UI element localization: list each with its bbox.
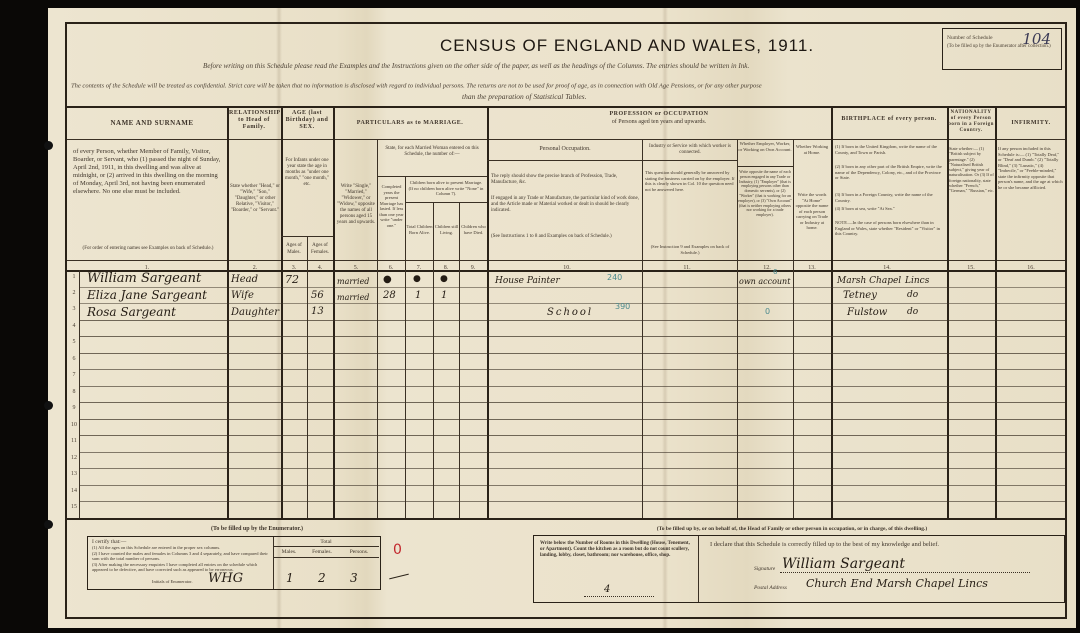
census-form: CENSUS OF ENGLAND AND WALES, 1911. Befor… (65, 22, 1067, 619)
row-rule (79, 402, 1065, 403)
total-males: 1 (286, 571, 294, 585)
colnum: 11. (667, 265, 707, 271)
red-zero-mark: 0 (393, 542, 402, 558)
row-number: 1 (69, 274, 79, 280)
row1-birthplace: Marsh Chapel (837, 276, 901, 286)
row-number: 11 (69, 438, 79, 444)
col-desc-name: of every Person, whether Member of Famil… (73, 148, 223, 196)
declaration-text: I declare that this Schedule is correctl… (710, 542, 939, 549)
col-header-infirmity: INFIRMITY. (997, 120, 1065, 127)
row-rule (79, 435, 1065, 436)
col-header-relationship: RELATIONSHIP to Head of Family. (229, 110, 279, 131)
col-note-personal: (See Instructions 1 to 8 and Examples on… (491, 234, 639, 240)
row-rule (79, 336, 1065, 337)
row3-employer-code: 0 (765, 307, 770, 316)
row1-name: William Sargeant (87, 271, 201, 286)
colnum: 12. (747, 265, 787, 271)
col-header-name: NAME AND SURNAME (87, 120, 217, 127)
head-section-box: Write below the Number of Rooms in this … (533, 535, 1065, 603)
col-desc-employer: Write opposite the name of each person e… (738, 170, 792, 218)
col-divider (831, 106, 833, 518)
enumerator-initials-label: Initials of Enumerator. (152, 579, 193, 586)
colnum: 4. (307, 265, 333, 271)
row-number: 9 (69, 405, 79, 411)
col-header-age: AGE (last Birthday) and SEX. (283, 110, 331, 131)
head-section-heading: (To be filled up by, or on behalf of, th… (527, 526, 1057, 533)
enumerator-item-1: (1) All the ages on this Schedule are en… (92, 545, 272, 550)
totals-persons-label: Persons. (340, 549, 378, 556)
schedule-number-box: Number of Schedule (To be filled up by t… (942, 28, 1062, 70)
colnum: 10. (547, 265, 587, 271)
col-desc-age: For Infants under one year state the age… (283, 158, 331, 188)
address-value: Church End Marsh Chapel Lincs (806, 577, 988, 590)
row-rule (79, 369, 1065, 370)
row-number: 14 (69, 488, 79, 494)
pen-stroke (389, 574, 409, 580)
col-desc-home: Write the words "At Home" opposite the n… (794, 192, 830, 231)
total-females: 2 (318, 571, 326, 585)
totals-males-label: Males. (274, 549, 304, 556)
row-rule (79, 419, 1065, 420)
row-number: 10 (69, 422, 79, 428)
punch-hole (44, 401, 53, 410)
row1-occupation-code: 240 (607, 273, 622, 282)
row-number: 6 (69, 356, 79, 362)
col-died: Children who have Died. (460, 224, 487, 235)
row-rule (79, 468, 1065, 469)
col-desc-years: Completed years the present Marriage has… (378, 184, 405, 228)
row2-age-female: 56 (311, 290, 324, 301)
row-number: 5 (69, 339, 79, 345)
row-number: 13 (69, 471, 79, 477)
colnum: 16. (1011, 265, 1051, 271)
col-divider (333, 106, 335, 518)
address-label: Postal Address (754, 585, 787, 592)
occupation-subrule (487, 160, 737, 161)
row3-birthplace: Fulstow (847, 307, 887, 318)
col-header-marriage: PARTICULARS as to MARRIAGE. (335, 120, 485, 127)
row-rule (79, 452, 1065, 453)
rooms-line (584, 596, 654, 597)
col-desc-relationship: State whether "Head," or "Wife," "Son," … (230, 184, 280, 214)
row-rule (79, 501, 1065, 502)
row1-employer-code: 6 (773, 268, 777, 276)
row3-relationship: Daughter (231, 307, 279, 318)
colnum: 8. (433, 265, 459, 271)
col-desc-birthplace-3: (3) If born in a Foreign Country, write … (835, 192, 945, 203)
col-age-females: Ages of Females. (307, 242, 333, 256)
col-desc-marital: Write "Single," "Married," "Widower," or… (335, 184, 377, 226)
col-desc-birthplace-4: (4) If born at sea, write "At Sea." (835, 206, 945, 212)
col-desc-infirmity: If any person included in this Schedule … (998, 146, 1064, 190)
punch-hole (44, 520, 53, 529)
col-header-occupation: PROFESSION or OCCUPATION (489, 111, 829, 118)
row2-county: do (907, 290, 918, 300)
col-desc-birthplace-1: (1) If born in the United Kingdom, write… (835, 144, 945, 155)
totals-rule (273, 557, 379, 558)
col-divider (459, 202, 460, 518)
row1-county: Lincs (905, 276, 929, 286)
header-rule (67, 139, 1065, 140)
row1-living-blot: ● (440, 274, 448, 284)
col-divider (642, 139, 643, 518)
col-header-wife: State, for each Married Woman entered on… (379, 146, 485, 158)
row-rule (79, 287, 1065, 288)
row-number: 3 (69, 306, 79, 312)
enumerator-item-3: (3) After making the necessary enquiries… (92, 562, 272, 572)
table-top-rule (67, 106, 1065, 108)
row1-employer: own account (739, 277, 790, 286)
row2-years: 28 (383, 290, 396, 301)
col-header-home: Whether Working at Home. (794, 144, 830, 155)
row-rule (79, 320, 1065, 321)
row2-birthplace: Tetney (843, 290, 877, 301)
col-header-industry: Industry or Service with which worker is… (644, 144, 736, 156)
col-note-industry: (See Instruction 9 and Examples on back … (645, 244, 735, 255)
col-header-birthplace: BIRTHPLACE of every person. (833, 116, 945, 123)
head-divider (698, 536, 699, 602)
row2-marital: married (337, 293, 369, 302)
col-desc-personal-1: The reply should show the precise branch… (491, 174, 639, 186)
row2-born: 1 (415, 290, 421, 301)
total-persons: 3 (350, 571, 358, 585)
col-header-personal-occupation: Personal Occupation. (489, 146, 641, 153)
row-number: 8 (69, 389, 79, 395)
col-divider (995, 106, 997, 518)
col-living: Children still Living. (434, 224, 459, 235)
row-number: 4 (69, 323, 79, 329)
row3-county: do (907, 307, 918, 317)
row-number: 12 (69, 455, 79, 461)
colnum: 6. (377, 265, 405, 271)
row-rule (79, 485, 1065, 486)
row3-age-female: 13 (311, 306, 324, 317)
signature-value: William Sargeant (782, 556, 905, 572)
totals-females-label: Females. (304, 549, 340, 556)
age-subrule (281, 236, 333, 237)
row1-years-blot: ● (383, 274, 392, 285)
row1-born-blot: ● (413, 274, 421, 284)
rooms-value: 4 (604, 584, 610, 595)
row1-relationship: Head (231, 274, 258, 285)
col-divider (307, 236, 308, 518)
employer-subrule (737, 166, 793, 167)
col-divider (487, 106, 489, 518)
signature-line (780, 572, 1030, 573)
enumerator-box: I certify that:— (1) All the ages on thi… (87, 536, 381, 590)
totals-header: Total (273, 539, 379, 546)
instruction-line: Before writing on this Schedule please r… (203, 61, 749, 70)
confidential-line-2: than the preparation of Statistical Tabl… (462, 92, 586, 101)
row-rule (79, 386, 1065, 387)
schedule-number-value: 104 (1022, 30, 1051, 48)
row1-occupation: House Painter (495, 276, 560, 286)
colnum: 3. (281, 265, 307, 271)
marriage-subrule (377, 176, 487, 177)
col-header-children: Children born alive to present Marriage.… (407, 180, 485, 197)
row-rule (79, 303, 1065, 304)
colnum: 15. (951, 265, 991, 271)
col-divider (433, 202, 434, 518)
header-rule (67, 260, 1065, 261)
col-age-males: Ages of Males. (281, 242, 307, 256)
row-number: 15 (69, 504, 79, 510)
totals-rule (273, 546, 379, 547)
children-subrule (405, 202, 487, 203)
colnum: 7. (405, 265, 433, 271)
colnum: 13. (793, 265, 831, 271)
enumerator-heading: (To be filled up by the Enumerator.) (127, 526, 387, 533)
punch-hole (44, 141, 53, 150)
col-divider (227, 106, 229, 518)
row-number: 7 (69, 372, 79, 378)
enumerator-initials: WHG (208, 571, 243, 586)
col-desc-personal-2: If engaged in any Trade or Manufacture, … (491, 196, 639, 214)
row-rule (79, 353, 1065, 354)
signature-label: Signature (754, 566, 775, 573)
col-note-name: (For order of entering names see Example… (71, 246, 225, 252)
table-bottom-rule (67, 518, 1065, 520)
colnum: 5. (335, 265, 377, 271)
row3-occupation: School (547, 307, 593, 318)
page-title: CENSUS OF ENGLAND AND WALES, 1911. (267, 36, 987, 56)
col-note-birthplace: NOTE.—In the case of persons born elsewh… (835, 220, 945, 237)
col-desc-nationality: State whether:— (1) "British subject by … (949, 146, 994, 194)
row2-living: 1 (441, 290, 447, 301)
row-number: 2 (69, 290, 79, 296)
col-subheader-occupation: of Persons aged ten years and upwards. (489, 119, 829, 126)
row2-name: Eliza Jane Sargeant (87, 288, 207, 302)
enumerator-item-2: (2) I have counted the males and females… (92, 551, 272, 561)
colnum: 2. (235, 265, 275, 271)
col-desc-industry: This question should generally be answer… (645, 170, 735, 192)
col-desc-birthplace-2: (2) If born in any other part of the Bri… (835, 164, 945, 181)
row1-age-male: 72 (285, 273, 299, 286)
row3-occupation-code: 390 (615, 302, 630, 311)
colnum: 14. (867, 265, 907, 271)
col-header-employer: Whether Employer, Worker, or Working on … (738, 141, 792, 152)
row2-relationship: Wife (231, 290, 254, 301)
row3-name: Rosa Sargeant (87, 305, 176, 319)
rooms-instruction: Write below the Number of Rooms in this … (540, 541, 692, 559)
rownum-divider (79, 270, 80, 518)
colnum: 9. (459, 265, 487, 271)
confidential-line: The contents of the Schedule will be tre… (71, 82, 762, 90)
col-header-nationality: NATIONALITY of every Person born in a Fo… (948, 110, 994, 134)
col-total-born: Total Children Born Alive. (406, 224, 433, 235)
row1-marital: married (337, 277, 369, 286)
